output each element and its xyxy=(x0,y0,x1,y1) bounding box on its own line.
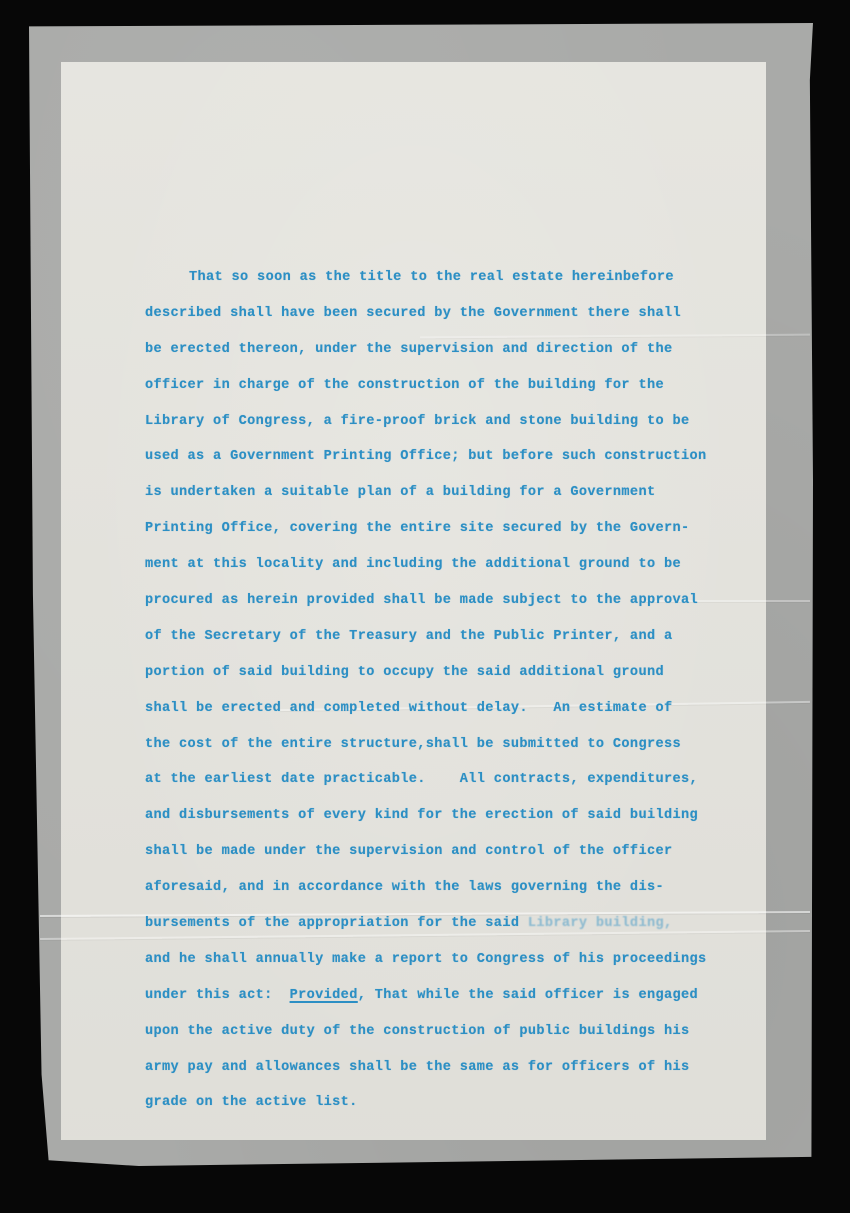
text-line: shall be erected and completed without d… xyxy=(145,699,795,735)
text-line: army pay and allowances shall be the sam… xyxy=(145,1058,795,1094)
text-line: ment at this locality and including the … xyxy=(145,555,795,591)
text-line: That so soon as the title to the real es… xyxy=(145,268,795,304)
text-line: Library of Congress, a fire-proof brick … xyxy=(145,412,795,448)
text-line: described shall have been secured by the… xyxy=(145,304,795,340)
text-line: officer in charge of the construction of… xyxy=(145,376,795,412)
text-line: is undertaken a suitable plan of a build… xyxy=(145,483,795,519)
text-line: Printing Office, covering the entire sit… xyxy=(145,519,795,555)
document-scan: That so soon as the title to the real es… xyxy=(0,0,850,1213)
text-line: of the Secretary of the Treasury and the… xyxy=(145,627,795,663)
text-line-rest: , That while the said officer is engaged xyxy=(358,988,698,1003)
text-line: used as a Government Printing Office; bu… xyxy=(145,447,795,483)
text-line: grade on the active list. xyxy=(145,1093,795,1129)
text-line: and disbursements of every kind for the … xyxy=(145,806,795,842)
text-line: upon the active duty of the construction… xyxy=(145,1022,795,1058)
text-line: at the earliest date practicable. All co… xyxy=(145,770,795,806)
text-line: bursements of the appropriation for the … xyxy=(145,914,795,950)
text-line: aforesaid, and in accordance with the la… xyxy=(145,878,795,914)
text-line-visible: bursements of the appropriation for the … xyxy=(145,916,528,931)
text-line: and he shall annually make a report to C… xyxy=(145,950,795,986)
text-line-start: under this act: xyxy=(145,988,290,1003)
text-line: be erected thereon, under the supervisio… xyxy=(145,340,795,376)
text-obscured-by-fold: Library building, xyxy=(528,916,673,931)
text-line: shall be made under the supervision and … xyxy=(145,842,795,878)
text-line: procured as herein provided shall be mad… xyxy=(145,591,795,627)
text-line: under this act: Provided, That while the… xyxy=(145,986,795,1022)
provided-emphasis: Provided xyxy=(290,988,358,1003)
text-line: the cost of the entire structure,shall b… xyxy=(145,735,795,771)
document-body: That so soon as the title to the real es… xyxy=(145,268,795,1129)
text-line: portion of said building to occupy the s… xyxy=(145,663,795,699)
